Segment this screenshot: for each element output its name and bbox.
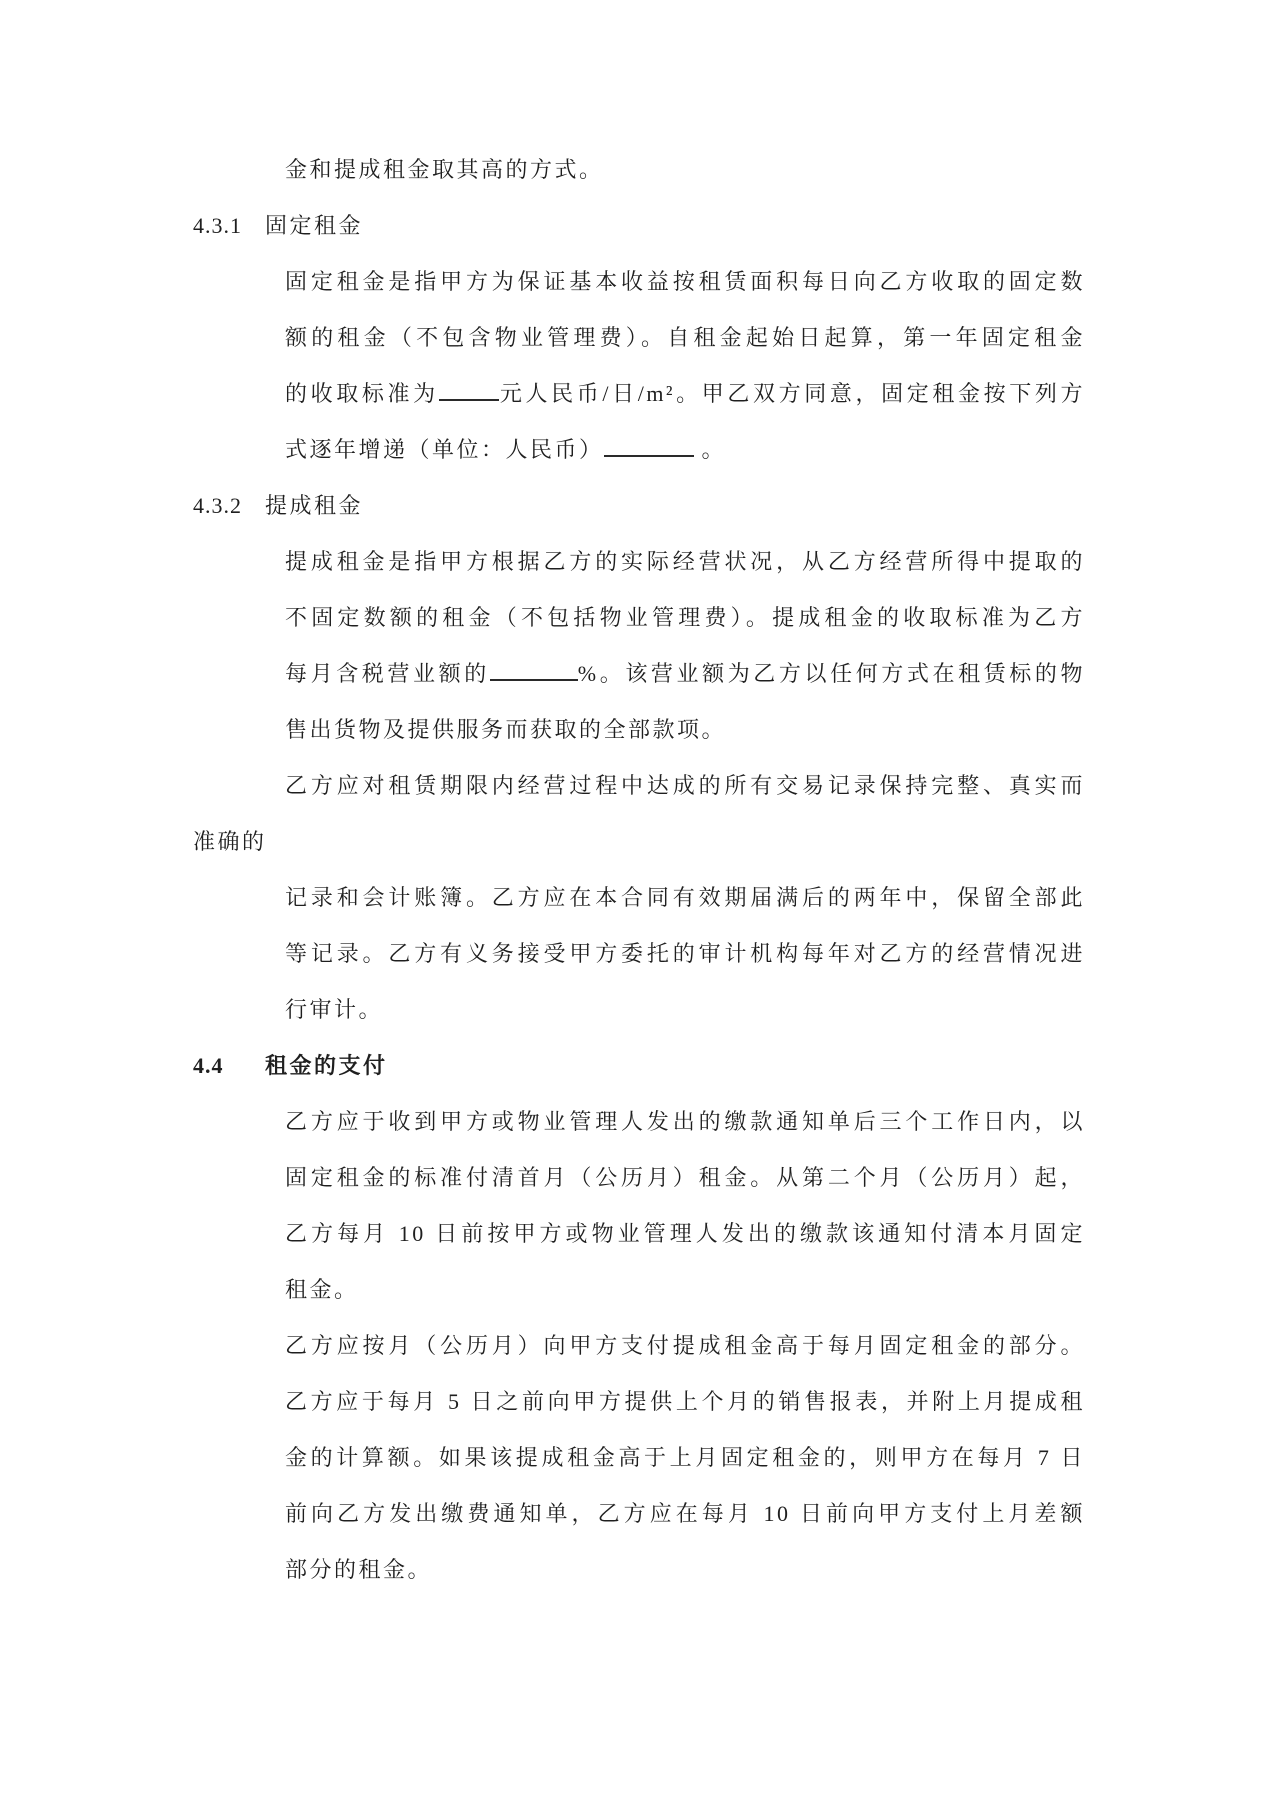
text-line: 前向乙方发出缴费通知单，乙方应在每月 10 日前向甲方支付上月差额 [285,1486,1085,1542]
text-segment: 乙方应于收到甲方或物业管理人发出的缴款通知单后三个工作日内，以 [285,1109,1085,1134]
text-line: 固定租金是指甲方为保证基本收益按租赁面积每日向乙方收取的固定数 [285,254,1085,310]
text-segment: 售出货物及提供服务而获取的全部款项。 [285,717,726,742]
paragraph: 准确的 [193,814,993,870]
text-segment: 。 [694,437,727,462]
text-line: 部分的租金。 [285,1542,1085,1598]
text-segment: 乙方应按月（公历月）向甲方支付提成租金高于每月固定租金的部分。 [285,1333,1085,1358]
text-line: 的收取标准为元人民币/日/m²。甲乙双方同意，固定租金按下列方 [285,366,1085,422]
text-segment: 额的租金（不包含物业管理费）。自租金起始日起算，第一年固定租金 [285,325,1085,350]
paragraph: 乙方应按月（公历月）向甲方支付提成租金高于每月固定租金的部分。乙方应于每月 5 … [285,1318,1085,1598]
text-segment: 乙方每月 10 日前按甲方或物业管理人发出的缴款该通知付清本月固定 [285,1221,1085,1246]
fill-in-blank [604,431,694,457]
text-segment: 的收取标准为 [285,381,439,406]
text-segment: 部分的租金。 [285,1557,432,1582]
section-number: 4.4 [193,1038,265,1094]
paragraph: 固定租金是指甲方为保证基本收益按租赁面积每日向乙方收取的固定数额的租金（不包含物… [285,254,1085,478]
paragraph: 提成租金是指甲方根据乙方的实际经营状况，从乙方经营所得中提取的不固定数额的租金（… [285,534,1085,758]
text-line: 记录和会计账簿。乙方应在本合同有效期届满后的两年中，保留全部此 [285,870,1085,926]
text-segment: 租金。 [285,1277,359,1302]
section-title: 租金的支付 [265,1053,388,1078]
text-line: 式逐年增递（单位：人民币） 。 [285,422,1085,478]
section-heading-4-3-1: 4.3.1固定租金 [193,198,1180,254]
text-line: 每月含税营业额的%。该营业额为乙方以任何方式在租赁标的物 [285,646,1085,702]
text-segment: 准确的 [193,829,267,854]
text-line: 乙方应于收到甲方或物业管理人发出的缴款通知单后三个工作日内，以 [285,1094,1085,1150]
text-segment: 固定租金的标准付清首月（公历月）租金。从第二个月（公历月）起， [285,1165,1085,1190]
text-segment: 每月含税营业额的 [285,661,490,686]
text-line: 乙方应于每月 5 日之前向甲方提供上个月的销售报表，并附上月提成租 [285,1374,1085,1430]
document-page: 金和提成租金取其高的方式。4.3.1固定租金固定租金是指甲方为保证基本收益按租赁… [0,0,1280,1810]
text-segment: 前向乙方发出缴费通知单，乙方应在每月 10 日前向甲方支付上月差额 [285,1501,1085,1526]
text-line: 提成租金是指甲方根据乙方的实际经营状况，从乙方经营所得中提取的 [285,534,1085,590]
section-number: 4.3.2 [193,478,265,534]
text-line: 售出货物及提供服务而获取的全部款项。 [285,702,1085,758]
text-line: 准确的 [193,814,993,870]
text-segment: 行审计。 [285,997,383,1022]
text-line: 固定租金的标准付清首月（公历月）租金。从第二个月（公历月）起， [285,1150,1085,1206]
text-line: 乙方应按月（公历月）向甲方支付提成租金高于每月固定租金的部分。 [285,1318,1085,1374]
text-segment: 不固定数额的租金（不包括物业管理费）。提成租金的收取标准为乙方 [285,605,1085,630]
text-line: 不固定数额的租金（不包括物业管理费）。提成租金的收取标准为乙方 [285,590,1085,646]
paragraph: 乙方应于收到甲方或物业管理人发出的缴款通知单后三个工作日内，以固定租金的标准付清… [285,1094,1085,1318]
text-segment: 元人民币/日/m²。甲乙双方同意，固定租金按下列方 [499,381,1085,406]
section-heading-4-3-2: 4.3.2提成租金 [193,478,1180,534]
text-line: 租金。 [285,1262,1085,1318]
text-line: 等记录。乙方有义务接受甲方委托的审计机构每年对乙方的经营情况进 [285,926,1085,982]
section-number: 4.3.1 [193,198,265,254]
text-line: 乙方每月 10 日前按甲方或物业管理人发出的缴款该通知付清本月固定 [285,1206,1085,1262]
paragraph: 金和提成租金取其高的方式。 [285,142,1085,198]
text-segment: 乙方应于每月 5 日之前向甲方提供上个月的销售报表，并附上月提成租 [285,1389,1085,1414]
fill-in-blank [490,655,578,681]
text-segment: 乙方应对租赁期限内经营过程中达成的所有交易记录保持完整、真实而 [285,773,1085,798]
text-segment: 等记录。乙方有义务接受甲方委托的审计机构每年对乙方的经营情况进 [285,941,1085,966]
text-segment: 式逐年增递（单位：人民币） [285,437,604,462]
text-segment: 固定租金是指甲方为保证基本收益按租赁面积每日向乙方收取的固定数 [285,269,1085,294]
text-line: 行审计。 [285,982,1085,1038]
section-title: 提成租金 [265,493,363,518]
fill-in-blank [439,375,499,401]
text-segment: 提成租金是指甲方根据乙方的实际经营状况，从乙方经营所得中提取的 [285,549,1085,574]
text-segment: %。该营业额为乙方以任何方式在租赁标的物 [578,661,1085,686]
text-line: 金和提成租金取其高的方式。 [285,142,1085,198]
text-line: 乙方应对租赁期限内经营过程中达成的所有交易记录保持完整、真实而 [285,758,1085,814]
section-title: 固定租金 [265,213,363,238]
text-segment: 记录和会计账簿。乙方应在本合同有效期届满后的两年中，保留全部此 [285,885,1085,910]
text-segment: 金和提成租金取其高的方式。 [285,157,604,182]
paragraph: 乙方应对租赁期限内经营过程中达成的所有交易记录保持完整、真实而 [285,758,1085,814]
text-line: 额的租金（不包含物业管理费）。自租金起始日起算，第一年固定租金 [285,310,1085,366]
section-heading-4-4: 4.4租金的支付 [193,1038,1180,1094]
text-line: 金的计算额。如果该提成租金高于上月固定租金的，则甲方在每月 7 日 [285,1430,1085,1486]
text-segment: 金的计算额。如果该提成租金高于上月固定租金的，则甲方在每月 7 日 [285,1445,1085,1470]
paragraph: 记录和会计账簿。乙方应在本合同有效期届满后的两年中，保留全部此等记录。乙方有义务… [285,870,1085,1038]
